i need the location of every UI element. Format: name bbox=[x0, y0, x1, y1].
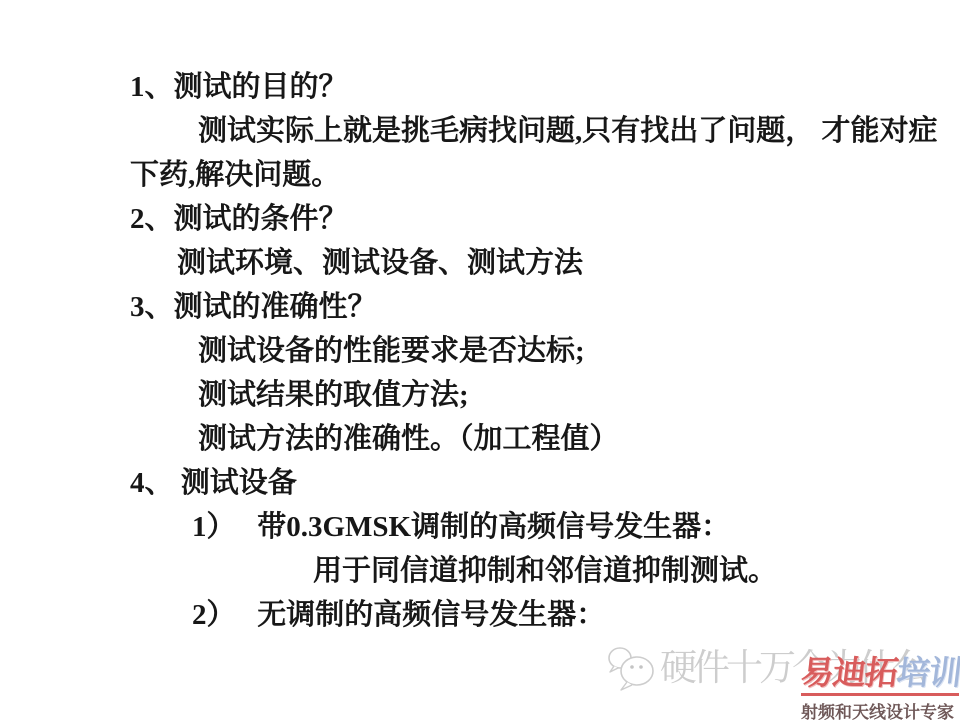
slide-line: 2、测试的条件？ bbox=[0, 197, 960, 241]
slide-line: 测试设备的性能要求是否达标; bbox=[0, 329, 960, 373]
slide-line: 4、 测试设备 bbox=[0, 461, 960, 505]
slide-line: 2） 无调制的高频信号发生器： bbox=[0, 593, 960, 637]
slide-line: 测试环境、测试设备、测试方法 bbox=[0, 241, 960, 285]
brand-name-primary: 易迪拓 bbox=[799, 656, 899, 692]
slide-line: 下药,解决问题。 bbox=[0, 153, 960, 197]
slide-line: 1、测试的目的？ bbox=[0, 65, 960, 109]
brand-name-secondary: 培训 bbox=[895, 656, 960, 692]
brand-logo: 易迪拓培训 射频和天线设计专家 bbox=[801, 655, 959, 720]
slide-body: 1、测试的目的？ 测试实际上就是挑毛病找问题,只有找出了问题， 才能对症 下药,… bbox=[0, 65, 960, 637]
brand-underline bbox=[801, 693, 959, 696]
slide-line: 测试实际上就是挑毛病找问题,只有找出了问题， 才能对症 bbox=[0, 109, 960, 153]
brand-tagline: 射频和天线设计专家 bbox=[801, 698, 959, 720]
slide-line: 测试方法的准确性。（加工程值） bbox=[0, 417, 960, 461]
brand-name: 易迪拓培训 bbox=[799, 655, 960, 693]
wechat-icon bbox=[606, 642, 660, 696]
slide-line: 3、测试的准确性？ bbox=[0, 285, 960, 329]
slide-line: 用于同信道抑制和邻信道抑制测试。 bbox=[0, 549, 960, 593]
slide-line: 1） 带0.3GMSK调制的高频信号发生器： bbox=[0, 505, 960, 549]
slide-line: 测试结果的取值方法; bbox=[0, 373, 960, 417]
